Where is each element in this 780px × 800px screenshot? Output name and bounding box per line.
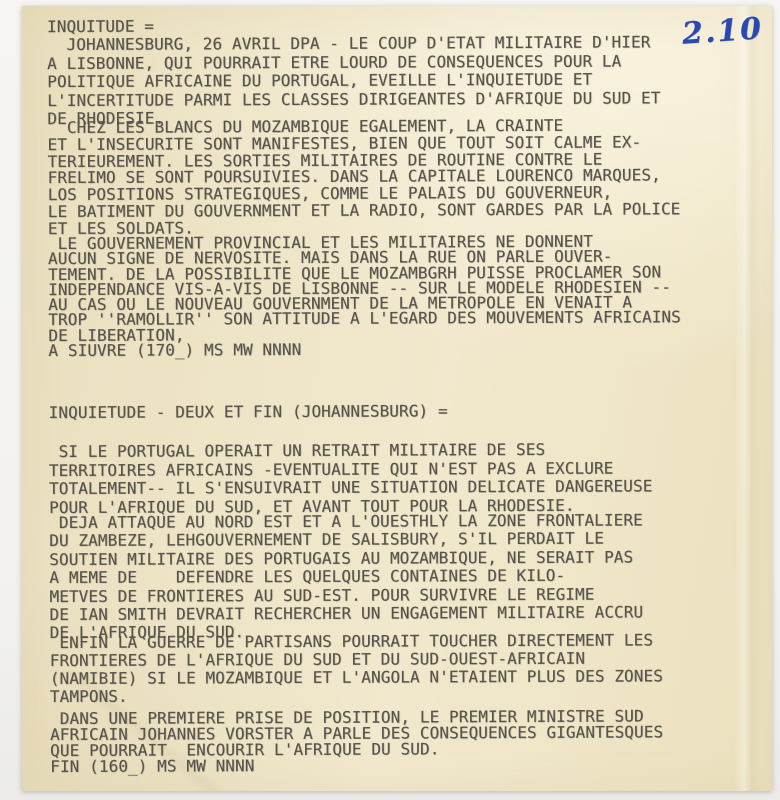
scanner-background: INQUITUDE = JOHANNESBURG, 26 AVRIL DPA -…: [0, 0, 780, 800]
part1-paragraph-mozambique: CHEZ LES BLANCS DU MOZAMBIQUE EGALEMENT,…: [47, 117, 680, 237]
part2-paragraph-vorster-and-fin: DANS UNE PREMIERE PRISE DE POSITION, LE …: [50, 708, 663, 775]
part1-paragraph-lead: JOHANNESBURG, 26 AVRIL DPA - LE COUP D'E…: [47, 33, 661, 129]
handwritten-page-number: 2.10: [681, 11, 764, 52]
part2-paragraph-salisbury: DEJA ATTAQUE AU NORD EST ET A L'OUESTHLY…: [49, 511, 643, 642]
part2-paragraph-partisans: ENFIN LA GUERRE DE PARTISANS POURRAIT TO…: [50, 631, 663, 706]
telex-paper: INQUITUDE = JOHANNESBURG, 26 AVRIL DPA -…: [22, 6, 772, 791]
part1-paragraph-government-and-signoff: LE GOUVERNEMENT PROVINCIAL ET LES MILITA…: [48, 233, 681, 358]
part2-paragraph-retrait: SI LE PORTUGAL OPERAIT UN RETRAIT MILITA…: [49, 440, 653, 517]
typewritten-text-layer: INQUITUDE = JOHANNESBURG, 26 AVRIL DPA -…: [22, 3, 775, 791]
part2-slug-line: INQUIETUDE - DEUX ET FIN (JOHANNESBURG) …: [49, 402, 448, 422]
